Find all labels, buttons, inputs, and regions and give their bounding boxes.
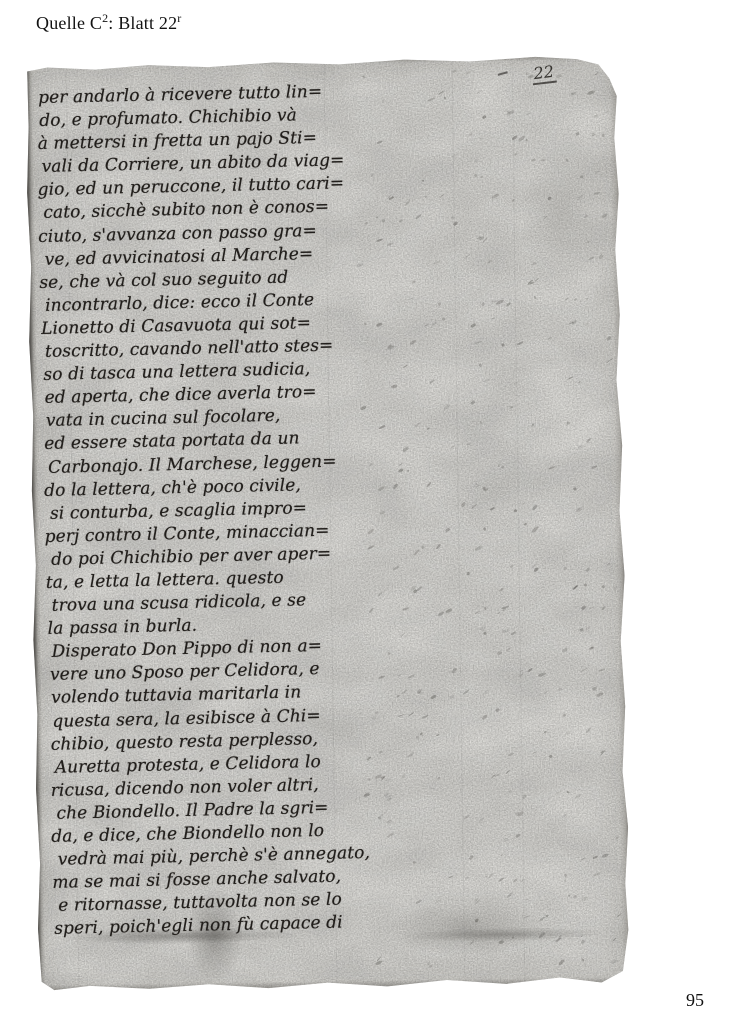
source-caption: Quelle C2: Blatt 22r: [36, 11, 182, 34]
paper-fold-line: [511, 55, 525, 987]
scan-bottom-edge: [36, 977, 631, 994]
caption-middle: : Blatt 22: [108, 13, 177, 33]
caption-prefix: Quelle C: [36, 13, 102, 33]
manuscript-text: per andarlo à ricevere tutto lin=do, e p…: [38, 79, 402, 941]
folio-number: 22: [531, 63, 558, 85]
caption-superscript-r: r: [177, 11, 181, 25]
ink-smudge: [406, 926, 606, 943]
scan-top-edge: [24, 54, 619, 68]
page-number: 95: [686, 990, 704, 1011]
manuscript-scan: 22 per andarlo à ricevere tutto lin=do, …: [24, 54, 632, 994]
scan-right-edge: [609, 54, 631, 986]
folio-dash-mark: [498, 71, 508, 75]
ink-smudge: [385, 900, 546, 957]
paper-fold-line: [451, 56, 465, 988]
paper-stain: [519, 124, 612, 305]
